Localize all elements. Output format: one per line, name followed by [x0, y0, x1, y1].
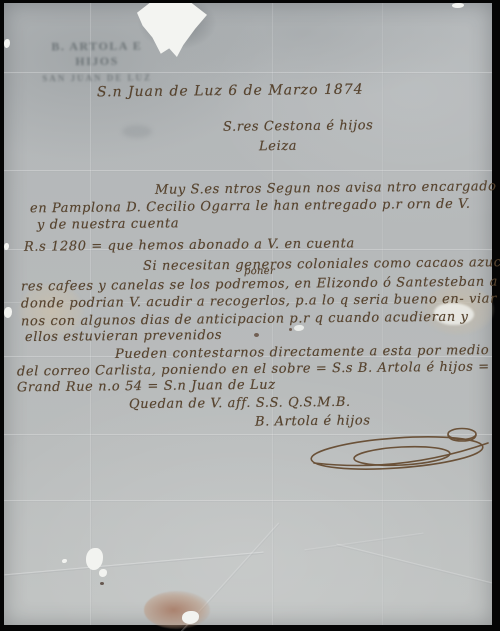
edge-chip — [4, 307, 12, 318]
edge-chip — [4, 39, 10, 48]
body-line: y de nuestra cuenta — [37, 216, 179, 232]
closing-line: Quedan de V. aff. S.S. Q.S.M.B. — [129, 395, 351, 412]
dateline: S.n Juan de Luz 6 de Marzo 1874 — [97, 82, 364, 101]
signature-rubric-icon — [302, 423, 500, 479]
fold-line — [4, 170, 492, 172]
crease-line — [304, 533, 423, 552]
body-line: ellos estuvieran prevenidos — [25, 328, 222, 345]
body-line: Grand Rue n.o 54 = S.n Juan de Luz — [17, 378, 276, 396]
ink-smudge — [122, 125, 152, 138]
ink-spot — [100, 582, 104, 585]
ink-spot — [254, 333, 259, 337]
letter-scan: B. ARTOLA E HIJOS SAN JUAN DE LUZ S.n Ju… — [0, 0, 500, 631]
letterhead-place: SAN JUAN DE LUZ — [32, 72, 162, 83]
crease-line — [336, 544, 492, 585]
ink-spot — [289, 328, 292, 331]
edge-chip — [452, 3, 464, 8]
paper-fleck — [62, 559, 67, 563]
crease-line — [4, 552, 263, 577]
fold-line — [4, 500, 492, 502]
body-line: del correo Carlista, poniendo en el sobr… — [17, 360, 490, 380]
body-line: Muy S.es ntros Segun nos avisa ntro enca… — [155, 179, 497, 198]
paper: B. ARTOLA E HIJOS SAN JUAN DE LUZ S.n Ju… — [4, 3, 492, 625]
body-line: en Pamplona D. Cecilio Ogarra le han ent… — [30, 197, 471, 217]
paper-fleck — [99, 569, 107, 577]
recipient-line: S.res Cestona é hijos — [223, 118, 374, 135]
recipient-place: Leiza — [259, 139, 297, 154]
body-line: nos con algunos dias de anticipacion p.r… — [21, 310, 469, 330]
interlinear-insertion: poner — [244, 266, 275, 277]
body-line: Si necesitan generos coloniales como cac… — [143, 255, 500, 274]
stain-red — [144, 591, 210, 629]
body-line: R.s 1280 = que hemos abonado a V. en cue… — [24, 236, 355, 254]
